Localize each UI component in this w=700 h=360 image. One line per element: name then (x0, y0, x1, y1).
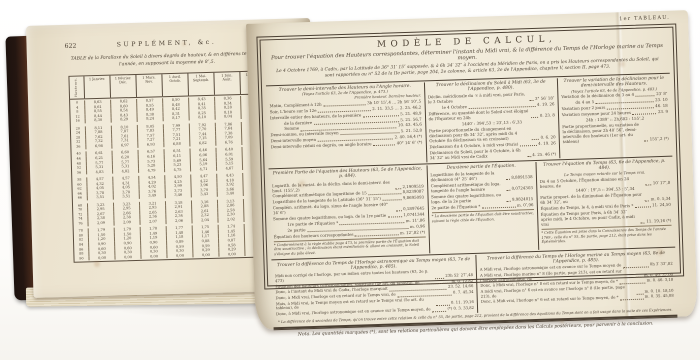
row-value: m. 0. 5,34 (651, 196, 671, 202)
band-middle: Première Partie de l'équation des Hauteu… (269, 157, 676, 258)
table-cell: 0,00 (140, 254, 166, 259)
table-cell: 6,98 (85, 144, 111, 149)
month-bottom: Nov. (137, 79, 162, 84)
dot-leader (355, 231, 398, 236)
row-value: m. 0. 35. 45,08 (645, 294, 674, 300)
dot-leader (432, 308, 446, 312)
row-label: du 4 au 5 (575, 99, 594, 105)
row-value: 0,0724303 (512, 185, 533, 191)
table-cell: 8,04 (215, 114, 241, 119)
table-cell: 4,67 (216, 166, 242, 171)
row-value: 1,0741344 (403, 212, 424, 218)
table-cell: 6,76 (215, 140, 241, 145)
dot-leader (641, 220, 645, 224)
left-page-header: 622 SUPPLÉMENT, &c. (62, 37, 270, 52)
section-variation: Trouver la variation de la déclinaison p… (557, 74, 673, 158)
row-value: 2,1909519 (402, 183, 423, 189)
dot-leader (373, 141, 395, 146)
row-degree-cell: 76 (73, 221, 87, 226)
row-value: 0. 7. 45,34 (453, 290, 474, 296)
section-second-part: Deuxième partie de l'Équation.Logarithme… (426, 162, 538, 254)
dot-leader (645, 198, 649, 202)
table-cell: 3,40 (217, 191, 243, 196)
dot-leader (482, 204, 516, 209)
table-cell: 3,51 (87, 195, 113, 200)
row-value: 4. 19. 26 (537, 102, 555, 108)
row-value: 10. 43. 45,6 (398, 122, 422, 128)
row-label: 2e partie de l'Équation * (431, 204, 480, 211)
dot-leader (382, 197, 401, 202)
row-degree-cell: 36 (71, 144, 85, 149)
row-degree-cell: 90 (74, 256, 88, 261)
table-cell: 8,17 (163, 116, 189, 121)
dot-leader (435, 275, 444, 279)
row-value: m. 0. 46. 3,18 (647, 278, 674, 284)
table-cell: 8,29 (111, 117, 137, 122)
calc-row: Partie proportionnelle, ou variation de … (562, 120, 669, 144)
table-column-header: 1 Mars.Nov. (135, 74, 162, 97)
dot-leader (527, 153, 531, 157)
row-value: m. 11″,86 (406, 217, 425, 223)
band-top: Trouver le demi-intervalle des Hauteurs … (266, 74, 672, 167)
section-first-part: Première Partie de l'équation des Hauteu… (269, 165, 429, 258)
dot-leader (636, 290, 643, 294)
table-cell: 3,49 (139, 194, 165, 199)
table-cell: 4,83 (86, 169, 112, 174)
dot-leader (636, 93, 655, 98)
table-cell: 2,02 (217, 217, 243, 222)
table-cell: 4,79 (138, 168, 164, 173)
row-label: Déclinaison du Soleil, pour le 4 Octobre… (430, 147, 526, 160)
dot-leader (620, 296, 643, 301)
row-label: 2e partie (287, 227, 305, 233)
row-value: 3° 56′ 18″ (535, 96, 555, 102)
section-footnote: * La deuxième partie de l'Équation doit … (432, 209, 534, 223)
table-cell: 2,09 (87, 221, 113, 226)
dot-leader (644, 137, 648, 141)
row-value: 8,8891538 (511, 174, 532, 180)
table-cell: 4,71 (190, 166, 216, 171)
dot-leader (395, 185, 401, 189)
table-cell: 3,43 (191, 192, 217, 197)
page-number: 622 (64, 43, 76, 50)
section-astro-clock: Trouver la différence du Temps de l'Horl… (271, 255, 477, 319)
dot-leader (506, 187, 510, 191)
dot-leader (646, 181, 652, 185)
row-value: 4. 25. 46 (*) (532, 151, 556, 157)
row-value: 46. 18 (655, 103, 668, 108)
table-column-header: 1 Février.Déc. (109, 74, 136, 97)
row-label: Équation du Temps pour Paris, à 6h 34′ 3… (541, 209, 640, 227)
row-label: Partie proportionnelle, ou variation de … (562, 121, 643, 144)
table-cell: 2,04 (191, 218, 217, 223)
corner-header-label: Hauteurs. (75, 77, 79, 96)
row-value: 11. 19,16 (*) (646, 218, 671, 224)
month-bottom: Octob. (163, 78, 188, 83)
dot-leader (520, 142, 537, 147)
section-footnote: * Cette Équation est prise dans la Conna… (541, 225, 672, 245)
row-value: 5. 21. 52,8 (401, 128, 422, 134)
dot-leader (529, 97, 533, 101)
table-cell: 8,30 (85, 118, 111, 123)
table-cell: 0,00 (88, 255, 114, 260)
section-footnote: * Conformément à la règle établie page 4… (274, 236, 426, 256)
section-marine-clock: Trouver la différence du Temps de l'Horl… (475, 249, 677, 313)
row-label: Somme (284, 126, 299, 132)
month-bottom: Août. (215, 77, 240, 82)
row-value: 4. 19. 26 (538, 140, 556, 146)
row-value: 11. 24,50 (652, 202, 671, 208)
running-title: SUPPLÉMENT, &c. (62, 37, 270, 50)
dot-leader (506, 176, 510, 180)
row-value: 10′ 17″,8 (653, 179, 671, 185)
table-cell: 2,09 (113, 220, 139, 225)
table-cell: 4,82 (112, 169, 138, 174)
table-cell: 0,00 (166, 253, 192, 258)
table-column-header: 1 Juin.Août. (213, 72, 240, 95)
dot-leader (396, 207, 402, 211)
row-label: de la dernière (284, 120, 312, 126)
table-cell: 6,88 (163, 142, 189, 147)
section-half-interval: Trouver le demi-intervalle des Hauteurs … (266, 82, 426, 167)
month-bottom: Septemb. (189, 78, 214, 83)
dot-leader (532, 136, 539, 140)
foxing-spots (0, 0, 4, 4)
row-value: 40° 14′ 6″ (*) (397, 140, 423, 146)
dot-leader (506, 198, 510, 202)
row-degree-cell: 56 (72, 170, 86, 175)
table-cell: 0,00 (192, 253, 218, 258)
row-value: 5. 21. 48,9 (400, 110, 421, 116)
row-value: 0h 3′ 33″,82 (650, 262, 673, 268)
table-cell: 3,51 (113, 194, 139, 199)
left-page-content: 622 SUPPLÉMENT, &c. TABLE de la Parallax… (62, 37, 276, 263)
table-caption: TABLE de la Parallaxe du Soleil à divers… (63, 51, 271, 70)
row-value: m. 0″,96 (517, 202, 534, 208)
table-cell: 8,10 (189, 115, 215, 120)
page-frame: MODÈLE DE CALCUL, Pour trouver l'équatio… (256, 23, 684, 289)
dot-leader (635, 204, 651, 208)
row-value: 5. 21. 56,7 (400, 116, 421, 122)
calc-row: Équation du Temps pour Paris, à 6h 34′ 3… (541, 208, 672, 227)
fold-out-page: 1er TABLEAU. MODÈLE DE CALCUL, Pour trou… (246, 10, 697, 330)
row-degree-cell: 16 (71, 119, 85, 124)
dot-leader (636, 274, 643, 278)
book-photo: 622 SUPPLÉMENT, &c. TABLE de la Parallax… (0, 0, 700, 360)
table-cell: 4,75 (164, 167, 190, 172)
row-value: 8,8239087 (403, 189, 424, 195)
row-value: 155″,2 (*) (650, 135, 669, 141)
row-degree-cell: 66 (73, 196, 87, 201)
row-value: 9,8695093 (403, 195, 424, 201)
row-value: 23. 9 (658, 109, 668, 114)
month-bottom: Déc. (111, 80, 136, 85)
row-value: m. 0,96 (410, 223, 425, 229)
section-time-equation: Trouver l'équation du Temps (63, 6e de l… (535, 157, 675, 250)
row-value: 9,9824015 (512, 196, 533, 202)
table-column-header: 1 Avril.Octob. (161, 73, 188, 96)
dot-leader (531, 114, 538, 118)
frame-content: MODÈLE DE CALCUL, Pour trouver l'équatio… (265, 30, 676, 284)
row-value: 23. 10 (655, 97, 668, 102)
row-value: 0,1897645 (403, 206, 424, 212)
dot-leader (632, 110, 656, 115)
dot-leader (623, 263, 649, 268)
dot-leader (388, 213, 402, 217)
band-bottom: Trouver la différence du Temps de l'Horl… (271, 249, 677, 319)
month-top: 1 Janvier. (84, 76, 109, 81)
table-cell: 3,46 (165, 193, 191, 198)
row-value: 0. 6. 20 (540, 134, 555, 140)
table-corner-header: Hauteurs. (69, 76, 84, 99)
row-value: m. 12″,82 (*) (400, 229, 425, 235)
table-cell: 2,07 (139, 219, 165, 224)
section-declination: Trouver la déclinaison du Soleil à Midi … (423, 78, 559, 162)
table-column-header: 1 Janvier. (83, 75, 110, 98)
table-cell: 0,00 (218, 252, 244, 257)
table-cell: 0,00 (114, 255, 140, 260)
row-value: (*) 0. 3. 33,82 (447, 306, 474, 312)
table-cell: 8,24 (137, 117, 163, 122)
table-cell: 6,97 (111, 143, 137, 148)
row-value: 0. 23. 8 (540, 113, 555, 119)
table-cell: 6,93 (137, 142, 163, 147)
parallax-table-body: 08,638,628,578,508,438,368,3348,618,608,… (70, 94, 270, 262)
plate-label: 1er TABLEAU. (619, 15, 670, 23)
table-column-header: 1 Mai.Septemb. (187, 72, 214, 95)
table-cell: 6,82 (189, 141, 215, 146)
row-value: 23′ 8″ (656, 91, 667, 96)
table-cell: 2,06 (165, 218, 191, 223)
parallax-table: Hauteurs. 1 Janvier.1 Février.Déc.1 Mars… (68, 70, 271, 263)
